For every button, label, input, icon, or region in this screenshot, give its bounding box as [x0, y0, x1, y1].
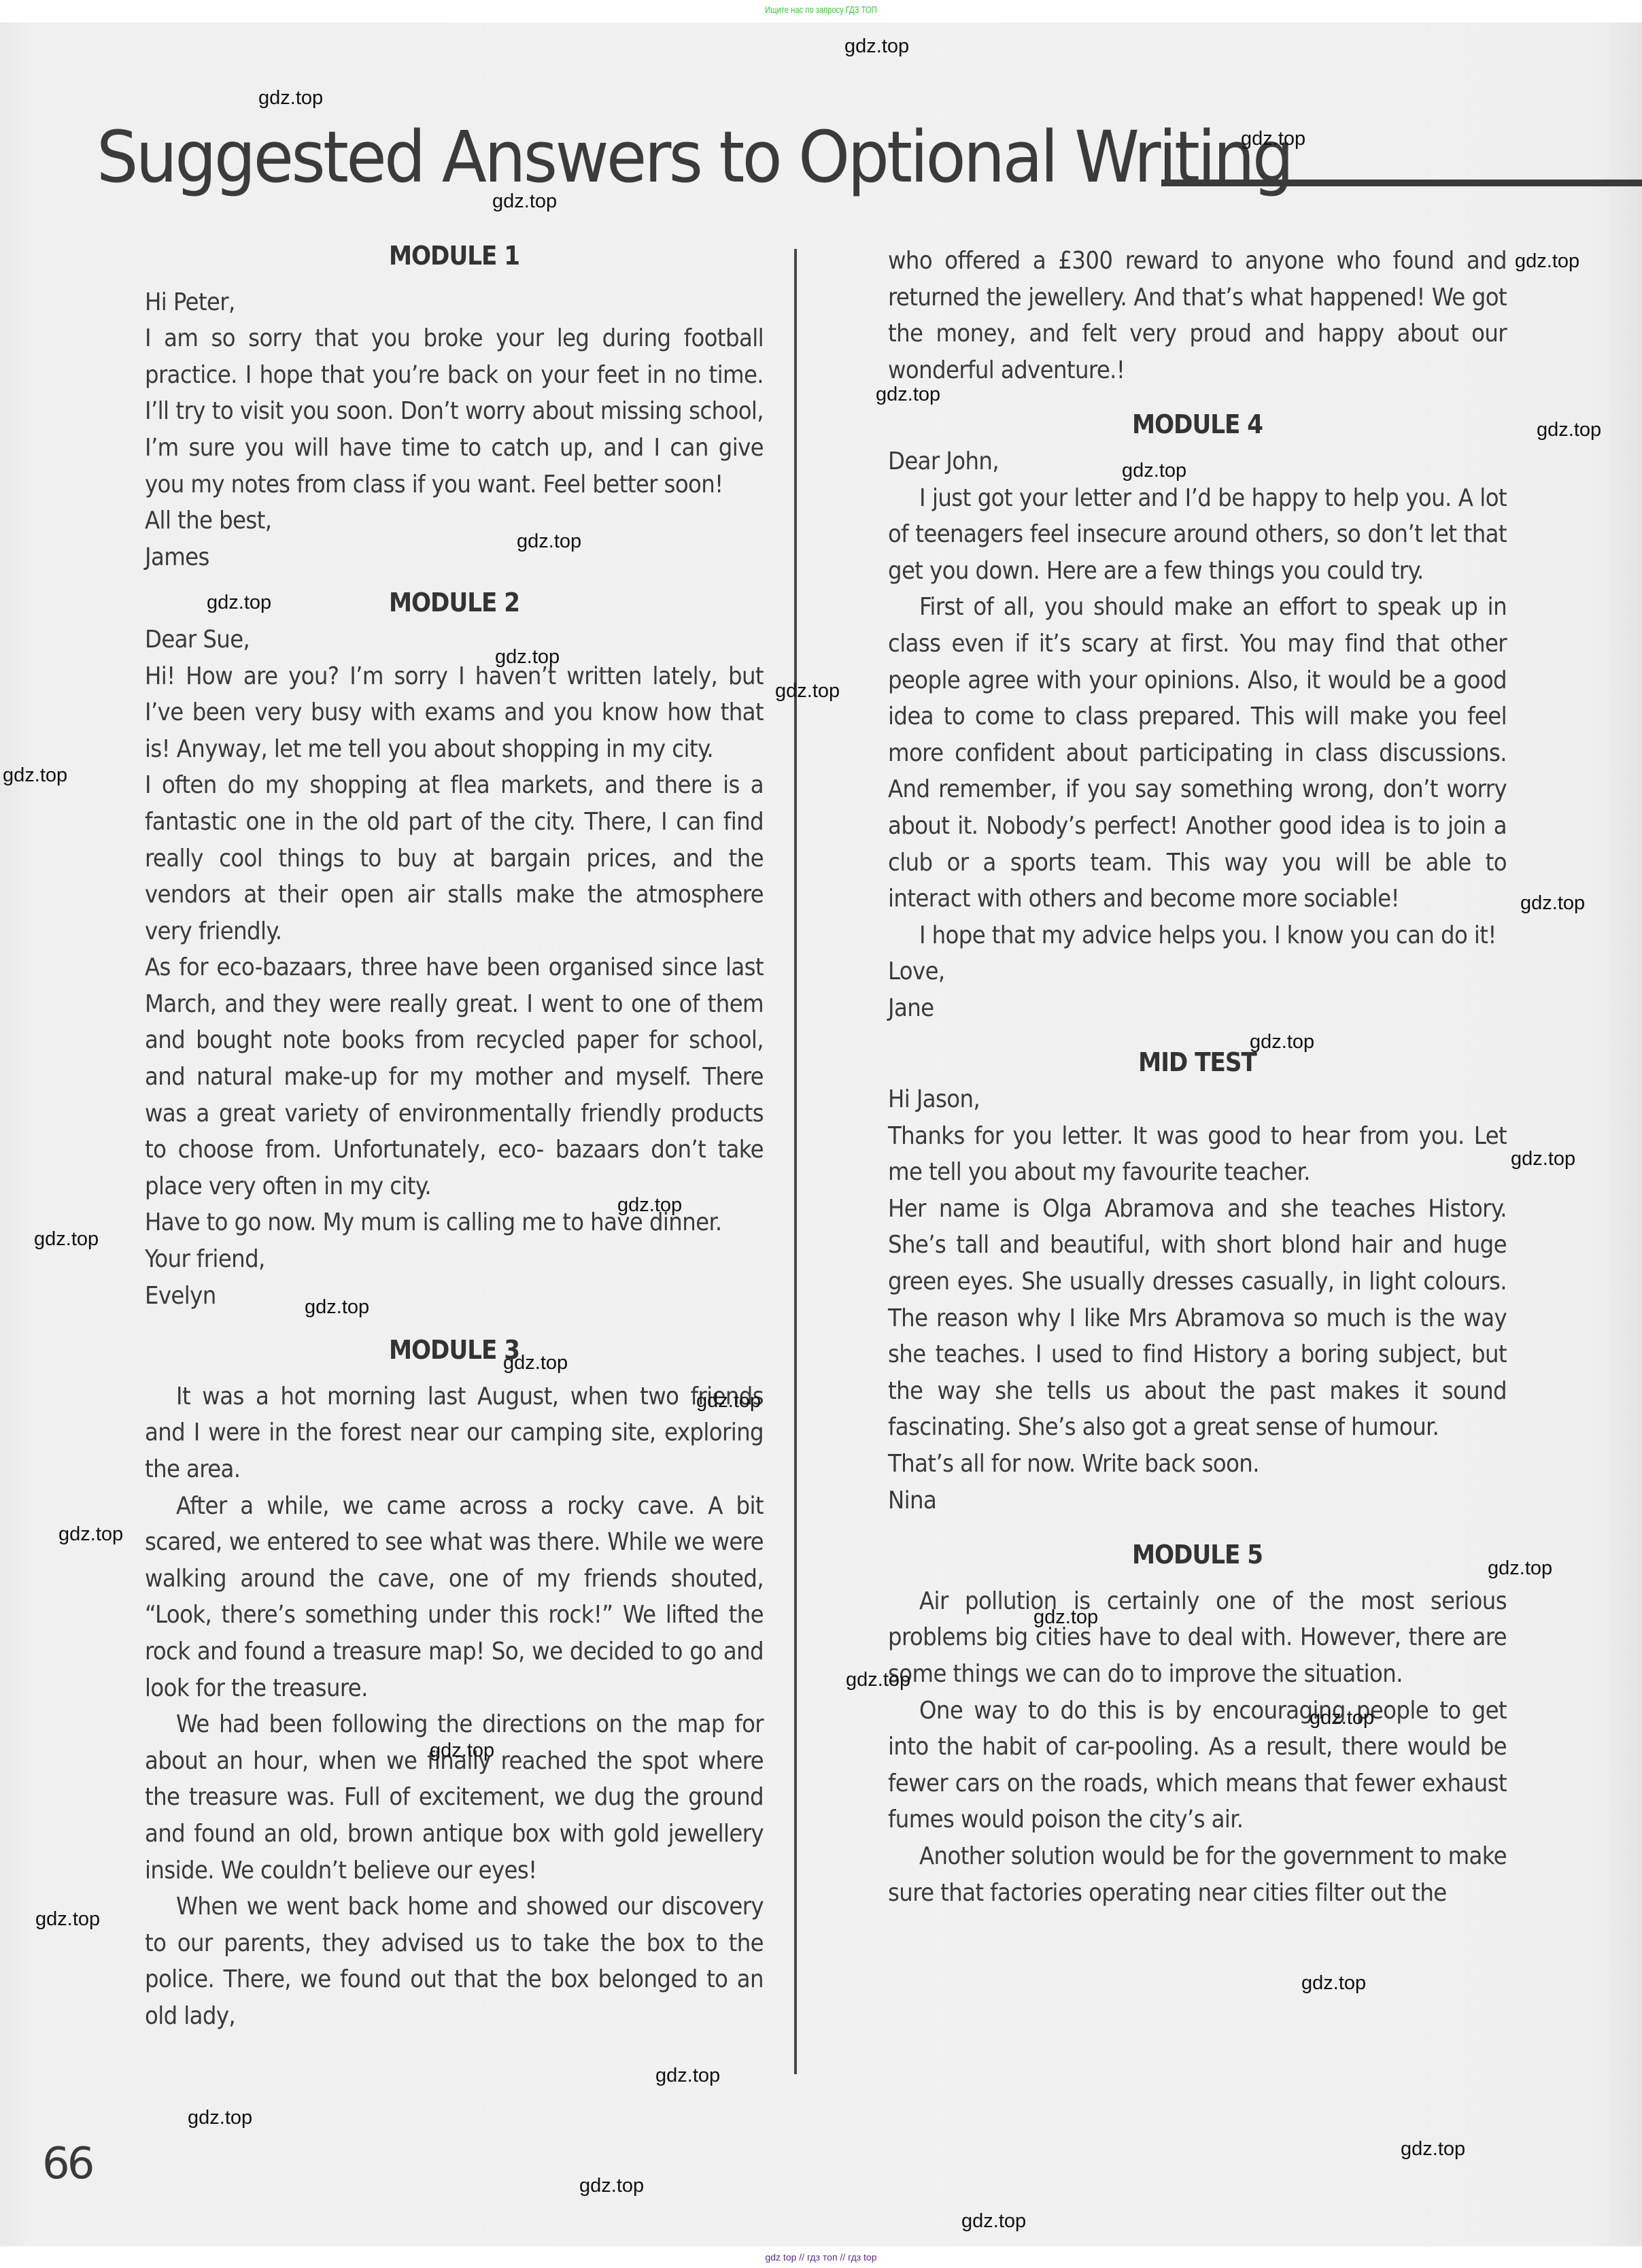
watermark: gdz.top	[503, 1352, 568, 1374]
watermark: gdz.top	[961, 2210, 1026, 2233]
bottom-footer: gdz top // гдз топ // гдз top	[0, 2246, 1642, 2268]
banner-text: Ищите нас по запросу ГДЗ ТОП	[165, 4, 1478, 15]
watermark: gdz.top	[207, 592, 271, 614]
watermark: gdz.top	[655, 2065, 720, 2087]
closing: Your friend,	[145, 1241, 764, 1278]
module-4-section: MODULE 4 Dear John, I just got your lett…	[888, 407, 1507, 1026]
paragraph: Air pollution is certainly one of the mo…	[888, 1583, 1507, 1693]
page-title: Suggested Answers to Optional Writing	[97, 116, 1292, 199]
footer-text: gdz top // гдз топ // гдз top	[0, 2252, 1642, 2263]
watermark: gdz.top	[1250, 1031, 1314, 1053]
module-heading: MODULE 3	[145, 1332, 764, 1369]
watermark: gdz.top	[1401, 2138, 1465, 2161]
page-number: 66	[42, 2139, 92, 2189]
watermark: gdz.top	[1301, 1972, 1366, 1995]
signature: Jane	[888, 990, 1507, 1027]
watermark: gdz.top	[517, 530, 581, 553]
paragraph: First of all, you should make an effort …	[888, 589, 1507, 917]
greeting: Dear Sue,	[145, 622, 764, 658]
watermark: gdz.top	[1511, 1148, 1575, 1170]
greeting: Hi Peter,	[145, 284, 764, 321]
module-5-section: MODULE 5 Air pollution is certainly one …	[888, 1537, 1507, 1911]
paragraph: Thanks for you letter. It was good to he…	[888, 1118, 1507, 1191]
signature: James	[145, 539, 764, 576]
closing: Love,	[888, 953, 1507, 990]
watermark: gdz.top	[775, 680, 840, 703]
watermark: gdz.top	[579, 2175, 644, 2197]
paragraph: After a while, we came across a rocky ca…	[145, 1488, 764, 1707]
closing: All the best,	[145, 503, 764, 539]
module-heading: MID TEST	[888, 1045, 1507, 1081]
watermark: gdz.top	[1537, 419, 1601, 441]
watermark: gdz.top	[430, 1740, 494, 1762]
watermark: gdz.top	[188, 2107, 252, 2129]
paragraph: One way to do this is by encouraging peo…	[888, 1693, 1507, 1838]
watermark: gdz.top	[1241, 128, 1305, 150]
watermark: gdz.top	[844, 35, 909, 58]
watermark: gdz.top	[696, 1390, 761, 1412]
watermark: gdz.top	[1122, 460, 1186, 482]
paragraph: Her name is Olga Abramova and she teache…	[888, 1191, 1507, 1446]
paragraph: As for eco-bazaars, three have been orga…	[145, 949, 764, 1204]
watermark: gdz.top	[1033, 1606, 1098, 1629]
watermark: gdz.top	[35, 1908, 100, 1931]
watermark: gdz.top	[1488, 1557, 1552, 1580]
module-1-section: MODULE 1 Hi Peter, I am so sorry that yo…	[145, 238, 764, 575]
watermark: gdz.top	[58, 1523, 123, 1546]
signature: Evelyn	[145, 1278, 764, 1315]
paragraph: It was a hot morning last August, when t…	[145, 1378, 764, 1488]
watermark: gdz.top	[1515, 250, 1579, 273]
letter-body: I am so sorry that you broke your leg du…	[145, 320, 764, 503]
module-heading: MODULE 4	[888, 407, 1507, 443]
watermark: gdz.top	[305, 1296, 369, 1319]
left-column: MODULE 1 Hi Peter, I am so sorry that yo…	[145, 238, 764, 2035]
watermark: gdz.top	[876, 384, 940, 406]
title-rule	[1161, 180, 1642, 186]
watermark: gdz.top	[846, 1669, 910, 1691]
greeting: Dear John,	[888, 443, 1507, 480]
greeting: Hi Jason,	[888, 1081, 1507, 1118]
watermark: gdz.top	[495, 646, 560, 668]
module-heading: MODULE 5	[888, 1537, 1507, 1574]
watermark: gdz.top	[3, 764, 67, 787]
watermark: gdz.top	[1310, 1707, 1374, 1729]
watermark: gdz.top	[617, 1194, 682, 1217]
paragraph: When we went back home and showed our di…	[145, 1889, 764, 2034]
watermark: gdz.top	[34, 1228, 99, 1251]
watermark: gdz.top	[1520, 892, 1585, 915]
paragraph: We had been following the directions on …	[145, 1706, 764, 1889]
mid-test-section: MID TEST Hi Jason, Thanks for you letter…	[888, 1045, 1507, 1519]
module-3-section: MODULE 3 It was a hot morning last Augus…	[145, 1332, 764, 2034]
right-column: who offered a £300 reward to anyone who …	[888, 243, 1507, 1911]
paragraph: Hi! How are you? I’m sorry I haven’t wri…	[145, 658, 764, 768]
watermark: gdz.top	[258, 87, 323, 109]
signature: Nina	[888, 1483, 1507, 1519]
paragraph: I hope that my advice helps you. I know …	[888, 917, 1507, 954]
column-divider	[794, 249, 797, 2074]
paragraph: I just got your letter and I’d be happy …	[888, 480, 1507, 590]
watermark: gdz.top	[492, 190, 557, 213]
paragraph: I often do my shopping at flea markets, …	[145, 767, 764, 949]
paragraph: Another solution would be for the govern…	[888, 1838, 1507, 1911]
module-3-continuation: who offered a £300 reward to anyone who …	[888, 243, 1507, 388]
module-heading: MODULE 1	[145, 238, 764, 275]
top-banner: Ищите нас по запросу ГДЗ ТОП	[0, 0, 1642, 22]
paragraph: That’s all for now. Write back soon.	[888, 1446, 1507, 1483]
